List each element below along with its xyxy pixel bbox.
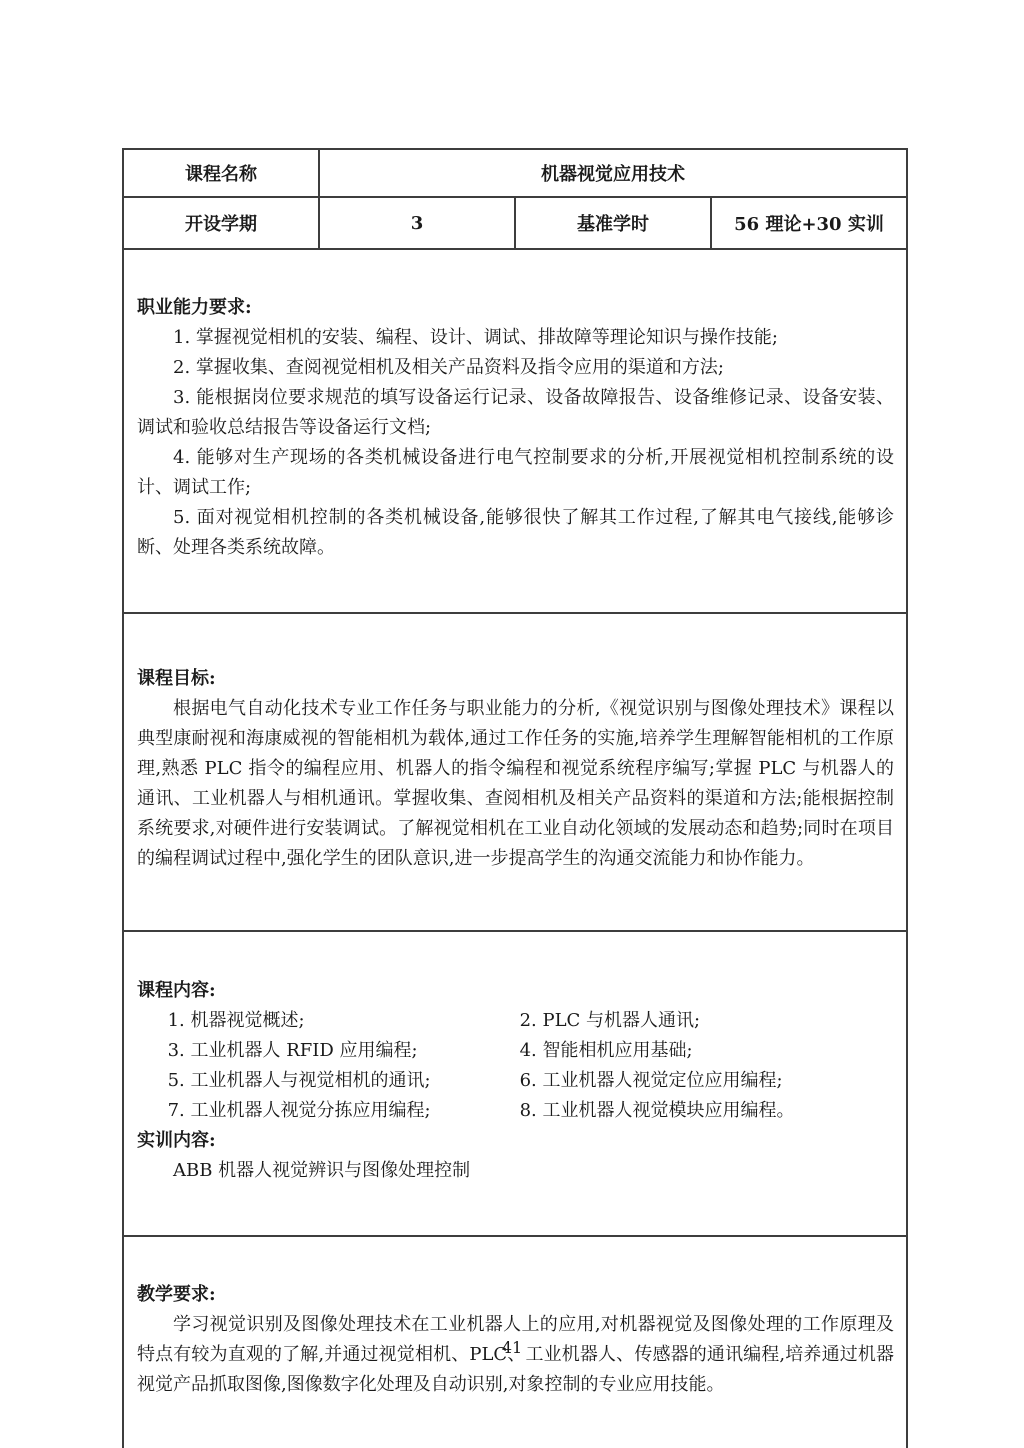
table-row: 职业能力要求: 1. 掌握视觉相机的安装、编程、设计、调试、排故障等理论知识与操… [123, 249, 907, 613]
ability-item: 5. 面对视觉相机控制的各类机械设备,能够很快了解其工作过程,了解其电气接线,能… [137, 503, 894, 563]
ability-item: 2. 掌握收集、查阅视觉相机及相关产品资料及指令应用的渠道和方法; [137, 353, 894, 383]
objectives-heading: 课程目标: [137, 664, 894, 694]
ability-section: 职业能力要求: 1. 掌握视觉相机的安装、编程、设计、调试、排故障等理论知识与操… [123, 249, 907, 613]
table-row: 课程目标: 根据电气自动化技术专业工作任务与职业能力的分析,《视觉识别与图像处理… [123, 613, 907, 931]
teaching-heading: 教学要求: [137, 1280, 894, 1310]
base-hours-value: 56 理论+30 实训 [711, 197, 907, 249]
table-row: 课程名称 机器视觉应用技术 [123, 149, 907, 197]
semester-label: 开设学期 [123, 197, 319, 249]
content-item: 6. 工业机器人视觉定位应用编程; [489, 1066, 894, 1096]
content-item: 4. 智能相机应用基础; [489, 1036, 894, 1066]
content-item: 8. 工业机器人视觉模块应用编程。 [489, 1096, 894, 1126]
content-item: 5. 工业机器人与视觉相机的通讯; [137, 1066, 489, 1096]
content-item: 3. 工业机器人 RFID 应用编程; [137, 1036, 489, 1066]
content-item: 1. 机器视觉概述; [137, 1006, 489, 1036]
training-item: ABB 机器人视觉辨识与图像处理控制 [137, 1156, 894, 1186]
content-item: 2. PLC 与机器人通讯; [489, 1006, 894, 1036]
course-name-value: 机器视觉应用技术 [319, 149, 907, 197]
page-number: 41 [0, 1338, 1024, 1357]
content-item: 7. 工业机器人视觉分拣应用编程; [137, 1096, 489, 1126]
base-hours-label: 基准学时 [515, 197, 711, 249]
ability-item: 3. 能根据岗位要求规范的填写设备运行记录、设备故障报告、设备维修记录、设备安装… [137, 383, 894, 443]
objectives-paragraph: 根据电气自动化技术专业工作任务与职业能力的分析,《视觉识别与图像处理技术》课程以… [137, 694, 894, 874]
content-section: 课程内容: 1. 机器视觉概述; 2. PLC 与机器人通讯; 3. 工业机器人… [123, 931, 907, 1236]
table-row: 开设学期 3 基准学时 56 理论+30 实训 [123, 197, 907, 249]
ability-item: 1. 掌握视觉相机的安装、编程、设计、调试、排故障等理论知识与操作技能; [137, 323, 894, 353]
semester-value: 3 [319, 197, 515, 249]
objectives-section: 课程目标: 根据电气自动化技术专业工作任务与职业能力的分析,《视觉识别与图像处理… [123, 613, 907, 931]
table-row: 课程内容: 1. 机器视觉概述; 2. PLC 与机器人通讯; 3. 工业机器人… [123, 931, 907, 1236]
training-heading: 实训内容: [137, 1126, 894, 1156]
document-page: 课程名称 机器视觉应用技术 开设学期 3 基准学时 56 理论+30 实训 职业… [0, 0, 1024, 1448]
content-item-grid: 1. 机器视觉概述; 2. PLC 与机器人通讯; 3. 工业机器人 RFID … [137, 1006, 894, 1126]
course-syllabus-table: 课程名称 机器视觉应用技术 开设学期 3 基准学时 56 理论+30 实训 职业… [122, 148, 908, 1448]
ability-item: 4. 能够对生产现场的各类机械设备进行电气控制要求的分析,开展视觉相机控制系统的… [137, 443, 894, 503]
ability-heading: 职业能力要求: [137, 293, 894, 323]
course-name-label: 课程名称 [123, 149, 319, 197]
content-heading: 课程内容: [137, 976, 894, 1006]
